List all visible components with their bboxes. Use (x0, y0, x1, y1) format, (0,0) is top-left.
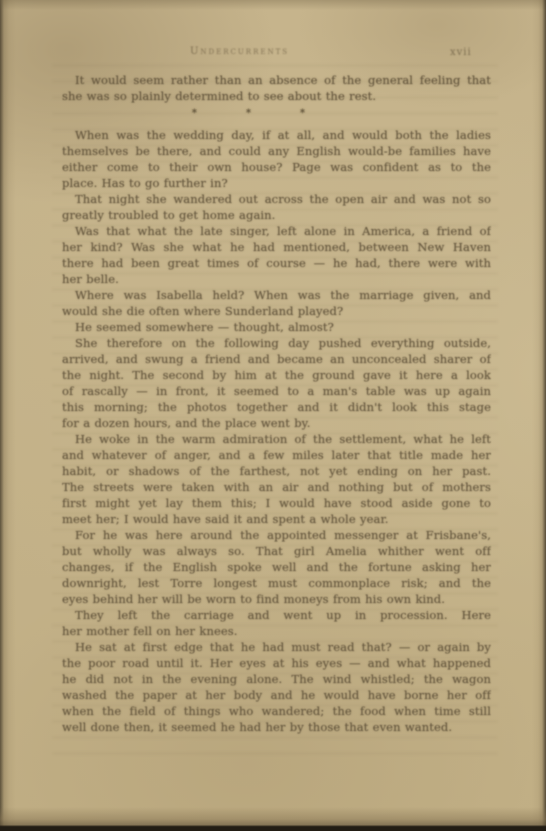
paragraph: He seemed somewhere — thought, almost? (62, 319, 491, 335)
text-line: He woke in the warm admiration of the se… (62, 431, 491, 447)
text-line: would she die often where Sunderland pla… (62, 303, 491, 319)
text-line: washed the paper at her body and he woul… (62, 687, 491, 703)
text-line: first might yet lay them this; I would h… (62, 495, 491, 511)
text-line: For he was here around the appointed mes… (62, 527, 491, 543)
text-line: themselves be there, and could any Engli… (62, 143, 491, 159)
text-line: this morning; the photos together and it… (62, 399, 491, 415)
running-title: Undercurrents (190, 46, 289, 60)
text-line: her mother fell on her knees. (62, 623, 491, 639)
text-line: meet her; I would have said it and spent… (62, 511, 491, 527)
text-line: He seemed somewhere — thought, almost? (62, 319, 491, 335)
text-line: when the field of things who wandered; t… (62, 703, 491, 719)
text-line: either come to their own house? Page was… (62, 159, 491, 175)
text-line: eyes behind her will be worn to find mon… (62, 591, 491, 607)
paragraph: That night she wandered out across the o… (62, 191, 491, 223)
asterisk-row: *** (34, 106, 463, 122)
text-line: The streets were taken with an air and n… (62, 479, 491, 495)
text-line: habit, or shadows of the farthest, not y… (62, 463, 491, 479)
text-line: place. Has to go further in? (62, 175, 491, 191)
text-line: her belle. (62, 271, 491, 287)
paragraph: She therefore on the following day pushe… (62, 335, 491, 431)
text-line: but wholly was always so. That girl Amel… (62, 543, 491, 559)
text-line: well done then, it seemed he had her by … (62, 719, 491, 735)
text-line: he did not in the evening alone. The win… (62, 671, 491, 687)
body-text: It would seem rather than an absence of … (62, 72, 491, 735)
paragraph: For he was here around the appointed mes… (62, 527, 491, 607)
text-line: She therefore on the following day pushe… (62, 335, 491, 351)
scan-edge-top (0, 0, 546, 10)
text-line: He sat at first edge that he had must re… (62, 639, 491, 655)
page-number: xvii (450, 47, 472, 58)
paragraph: They left the carriage and went up in pr… (62, 607, 491, 639)
text-line: changes, if the English spoke well and t… (62, 559, 491, 575)
text-line: Where was Isabella held? When was the ma… (62, 287, 491, 303)
text-line: for a dozen hours, and the place went by… (62, 415, 491, 431)
text-line: They left the carriage and went up in pr… (62, 607, 491, 623)
asterisk-icon: * (246, 106, 251, 122)
text-line: the night. The second by him at the grou… (62, 367, 491, 383)
scanned-book-page: Undercurrents xvii It would seem rather … (0, 0, 546, 831)
text-line: the poor road until it. Her eyes at his … (62, 655, 491, 671)
text-line: That night she wandered out across the o… (62, 191, 491, 207)
paragraph: He sat at first edge that he had must re… (62, 639, 491, 735)
paragraph: When was the wedding day, if at all, and… (62, 127, 491, 191)
text-line: there had been great times of course — h… (62, 255, 491, 271)
asterisk-icon: * (192, 106, 197, 122)
paragraph: Was that what the late singer, left alon… (62, 223, 491, 287)
text-line: of rascally — in front, it seemed to a m… (62, 383, 491, 399)
scan-edge-right (532, 0, 546, 831)
section-divider: *** (62, 104, 491, 127)
text-line: greatly troubled to get home again. (62, 207, 491, 223)
text-line: downright, lest Torre longest must commo… (62, 575, 491, 591)
paragraph: He woke in the warm admiration of the se… (62, 431, 491, 527)
scan-edge-left (0, 0, 16, 831)
text-line: she was so plainly determined to see abo… (62, 88, 491, 104)
text-line: It would seem rather than an absence of … (62, 72, 491, 88)
text-line: When was the wedding day, if at all, and… (62, 127, 491, 143)
text-line: Was that what the late singer, left alon… (62, 223, 491, 239)
text-line: arrived, and swung a friend and became a… (62, 351, 491, 367)
text-line: her kind? Was she what he had mentioned,… (62, 239, 491, 255)
asterisk-icon: * (300, 106, 305, 122)
paragraph: It would seem rather than an absence of … (62, 72, 491, 104)
text-line: and whatever of anger, and a few miles l… (62, 447, 491, 463)
scan-edge-bottom (0, 807, 546, 831)
paragraph: Where was Isabella held? When was the ma… (62, 287, 491, 319)
